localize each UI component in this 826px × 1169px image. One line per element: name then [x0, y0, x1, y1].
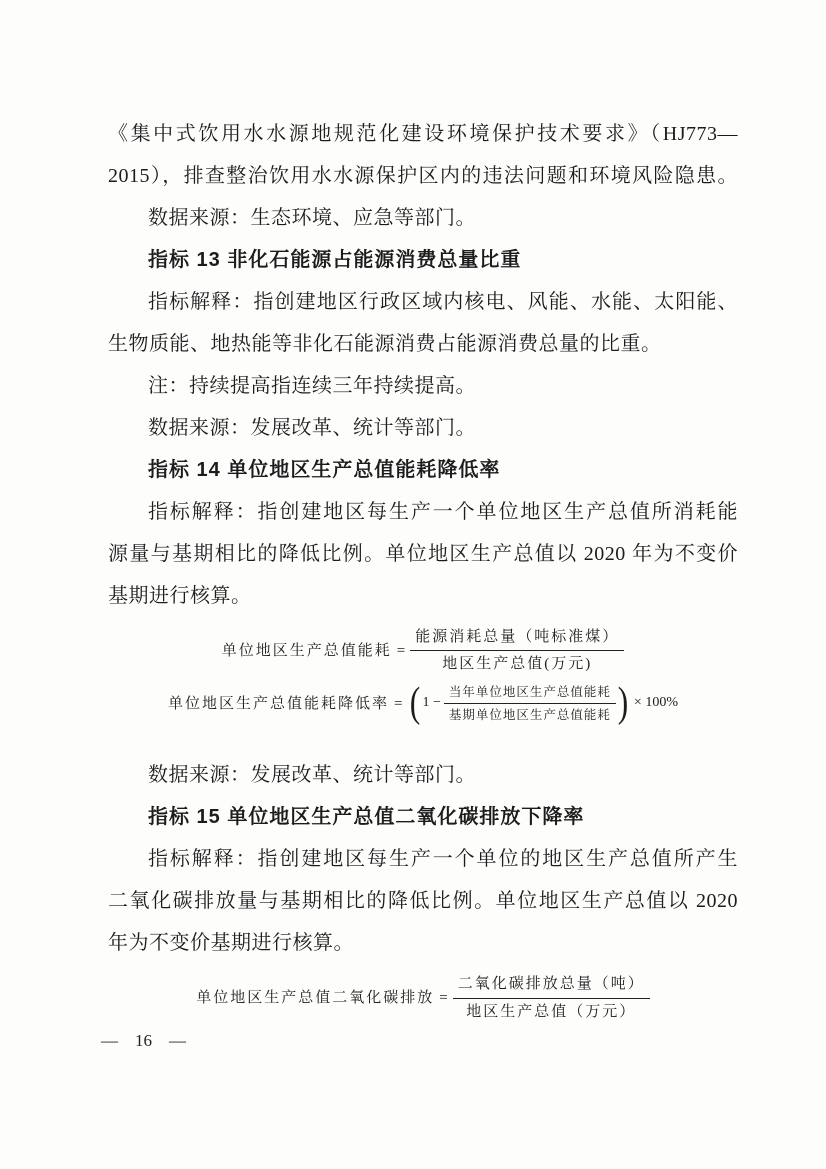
data-source-ecology: 数据来源：生态环境、应急等部门。 [108, 197, 738, 239]
fraction: 能源消耗总量（吨标准煤） 地区生产总值(万元) [410, 627, 624, 675]
formula-lhs: 单位地区生产总值能耗降低率 [168, 694, 389, 714]
indicator-14-heading: 指标 14 单位地区生产总值能耗降低率 [108, 449, 738, 491]
indicator-15-heading: 指标 15 单位地区生产总值二氧化碳排放下降率 [108, 796, 738, 838]
indicator-13-note: 注：持续提高指连续三年持续提高。 [108, 365, 738, 407]
indicator-14-explanation-line-2: 源量与基期相比的降低比例。单位地区生产总值以 2020 年为不变价 [108, 533, 738, 575]
formula-lhs: 单位地区生产总值能耗 [222, 641, 392, 661]
fraction-denominator: 地区生产总值(万元) [442, 651, 592, 674]
fraction: 二氧化碳排放总量（吨） 地区生产总值（万元） [453, 974, 650, 1022]
fraction-numerator: 二氧化碳排放总量（吨） [453, 974, 650, 998]
footer-dash-right: — [169, 1031, 186, 1051]
paragraph-continuation-line-2: 2015），排查整治饮用水水源保护区内的违法问题和环境风险隐患。 [108, 155, 738, 197]
indicator-15-explanation-line-1: 指标解释：指创建地区每生产一个单位的地区生产总值所产生 [108, 838, 738, 880]
indicator-15-explanation-line-2: 二氧化碳排放量与基期相比的降低比例。单位地区生产总值以 2020 [108, 880, 738, 922]
spacer [108, 734, 738, 754]
fraction: 当年单位地区生产总值能耗 基期单位地区生产总值能耗 [444, 684, 616, 725]
formula-energy-reduction: 单位地区生产总值能耗降低率 = ( 1 − 当年单位地区生产总值能耗 基期单位地… [168, 684, 678, 725]
indicator-15-formula: 单位地区生产总值二氧化碳排放 = 二氧化碳排放总量（吨） 地区生产总值（万元） [108, 974, 738, 1022]
formula-energy-intensity: 单位地区生产总值能耗 = 能源消耗总量（吨标准煤） 地区生产总值(万元) [222, 627, 625, 675]
data-source-development-2: 数据来源：发展改革、统计等部门。 [108, 754, 738, 796]
indicator-13-explanation-line-2: 生物质能、地热能等非化石能源消费占能源消费总量的比重。 [108, 323, 738, 365]
indicator-14-explanation-line-1: 指标解释：指创建地区每生产一个单位地区生产总值所消耗能 [108, 491, 738, 533]
fraction-numerator: 能源消耗总量（吨标准煤） [410, 627, 624, 651]
one-minus-term: 1 − [423, 694, 441, 713]
equals-sign: = [397, 641, 405, 661]
fraction-denominator: 地区生产总值（万元） [466, 999, 636, 1022]
document-page: 《集中式饮用水水源地规范化建设环境保护技术要求》（HJ773— 2015），排查… [0, 0, 826, 1169]
indicator-14-explanation-line-3: 基期进行核算。 [108, 575, 738, 617]
footer-dash-left: — [101, 1031, 118, 1051]
indicator-15-explanation-line-3: 年为不变价基期进行核算。 [108, 922, 738, 964]
paragraph-continuation-line-1: 《集中式饮用水水源地规范化建设环境保护技术要求》（HJ773— [108, 113, 738, 155]
close-paren: ) [618, 686, 629, 722]
page-footer: — 16 — [101, 1031, 186, 1051]
page-body: 《集中式饮用水水源地规范化建设环境保护技术要求》（HJ773— 2015），排查… [108, 113, 738, 1032]
indicator-14-formulas: 单位地区生产总值能耗 = 能源消耗总量（吨标准煤） 地区生产总值(万元) 单位地… [108, 627, 738, 724]
equals-sign: = [439, 988, 447, 1008]
formula-co2-intensity: 单位地区生产总值二氧化碳排放 = 二氧化碳排放总量（吨） 地区生产总值（万元） [196, 974, 650, 1022]
fraction-denominator: 基期单位地区生产总值能耗 [449, 704, 611, 724]
times-100-percent: × 100% [634, 694, 678, 713]
open-paren: ( [409, 686, 420, 722]
formula-lhs: 单位地区生产总值二氧化碳排放 [196, 988, 434, 1008]
equals-sign: = [394, 694, 402, 714]
indicator-13-heading: 指标 13 非化石能源占能源消费总量比重 [108, 239, 738, 281]
data-source-development-1: 数据来源：发展改革、统计等部门。 [108, 407, 738, 449]
fraction-numerator: 当年单位地区生产总值能耗 [444, 684, 616, 705]
indicator-13-explanation-line-1: 指标解释：指创建地区行政区域内核电、风能、水能、太阳能、 [108, 281, 738, 323]
page-number: 16 [135, 1031, 152, 1051]
